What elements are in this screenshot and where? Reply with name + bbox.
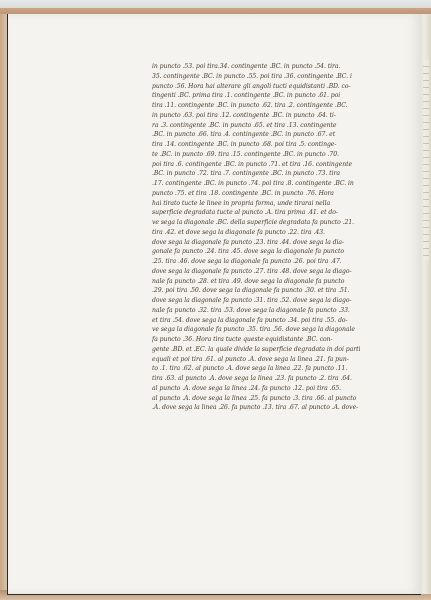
manuscript-line: te .BC. in puncto .69. tira .15. conting…: [152, 150, 400, 160]
manuscript-line: dove sega la diagonale fa puncto .23. ti…: [152, 238, 400, 248]
manuscript-line: tira .14. contingente .BC. in puncto .68…: [152, 140, 400, 150]
manuscript-text-block: in puncto .53. poi tira.34. contingente …: [152, 62, 400, 413]
manuscript-line: fa puncto .36. Hora tira tucte queste eq…: [152, 335, 400, 345]
manuscript-line: al puncto .A. dove sega la linea .25. fa…: [152, 394, 400, 404]
manuscript-line: al puncto .A. dove sega la linea .24. fa…: [152, 384, 400, 394]
next-page-bleed: [423, 60, 429, 260]
manuscript-line: nale fa puncto .32. tira .53. dove sega …: [152, 306, 400, 316]
manuscript-line: ra .3. contingente .BC. in puncto .65. e…: [152, 121, 400, 131]
manuscript-line: puncto .75. et tira .18. contingente .BC…: [152, 189, 400, 199]
manuscript-line: .29. poi tira .50. dove sega la diagonal…: [152, 286, 400, 296]
manuscript-line: tingenti .BC. prima tira .1. contingente…: [152, 91, 400, 101]
manuscript-line: tira .11. contingente .BC. in puncto .62…: [152, 101, 400, 111]
manuscript-line: .A. dove sega la linea .26. fa puncto .1…: [152, 403, 400, 413]
manuscript-line: 35. contingente .BC. in puncto .55. poi …: [152, 72, 400, 82]
manuscript-line: tira .42. et dove sega la diagonale fa p…: [152, 228, 400, 238]
manuscript-line: ve sega la diagonale .BC. della superfic…: [152, 218, 400, 228]
manuscript-line: dove sega la diagonale fa puncto .27. ti…: [152, 267, 400, 277]
manuscript-line: et tira .54. dove sega la diagonale fa p…: [152, 316, 400, 326]
manuscript-line: poi tira .6. contingente .BC. in puncto …: [152, 160, 400, 170]
manuscript-line: hai tirato tucte le linee in propria for…: [152, 199, 400, 209]
manuscript-line: superficie degradata tucte al puncto .A.…: [152, 208, 400, 218]
manuscript-line: .17. contingente .BC. in puncto .74. poi…: [152, 179, 400, 189]
manuscript-line: tira .63. al puncto .A. dove sega la lin…: [152, 374, 400, 384]
manuscript-line: dove sega la diagonale fa puncto .31. ti…: [152, 296, 400, 306]
manuscript-line: nale fa puncto .28. et tira .49. dove se…: [152, 277, 400, 287]
manuscript-line: .25. tira .46. dove sega la diagonale fa…: [152, 257, 400, 267]
manuscript-line: in puncto .63. poi tira .12. contingente…: [152, 111, 400, 121]
manuscript-line: gonale fa puncto .24. tira .45. dove seg…: [152, 247, 400, 257]
manuscript-line: ve sega la diagonale fa puncto .35. tira…: [152, 325, 400, 335]
manuscript-line: equali et poi tira .61. al puncto .A. do…: [152, 355, 400, 365]
manuscript-line: in puncto .53. poi tira.34. contingente …: [152, 62, 400, 72]
manuscript-line: .BC. in puncto .66. tira .4. contingente…: [152, 130, 400, 140]
manuscript-line: to .1. tira .62. al puncto .A. dove sega…: [152, 364, 400, 374]
manuscript-line: gente .BD. et .EC. la quale divide la su…: [152, 345, 400, 355]
manuscript-line: puncto .56. Hora hai alterare gli angoli…: [152, 82, 400, 92]
manuscript-line: .BC. in puncto .72. tira .7. contingente…: [152, 169, 400, 179]
